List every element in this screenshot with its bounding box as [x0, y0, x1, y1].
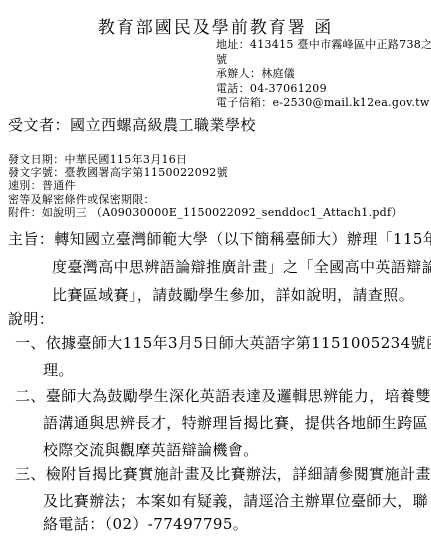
reference-number-line: 發文字號：臺教國署高字第1150022092號 — [8, 166, 403, 179]
sender-phone: 電話：04-37061209 — [216, 82, 431, 97]
item-3-line-2: 及比賽辦法；本案如有疑義，請逕洽主辦單位臺師大，聯 — [43, 490, 428, 511]
item-3-line-3: 絡電話：（02）-77497795。 — [43, 513, 248, 534]
item-2-line-3: 校際交流與觀摩英語辯論機會。 — [43, 439, 259, 460]
item-1-line-1: 一、依據臺師大115年3月5日師大英語字第1151005234號函辦 — [15, 332, 431, 353]
sender-contact-person: 承辦人：林庭儀 — [216, 67, 431, 82]
sender-address-line-1: 地址：413415 臺中市霧峰區中正路738之4 — [216, 38, 431, 53]
sender-email: 電子信箱：e-2530@mail.k12ea.gov.tw — [216, 96, 431, 111]
item-1-line-2: 理。 — [43, 359, 74, 380]
classification-line: 密等及解密條件或保密期限： — [8, 193, 403, 206]
item-3-line-1: 三、檢附旨揭比賽實施計畫及比賽辦法，詳細請參閱實施計畫 — [15, 463, 431, 484]
item-2-line-1: 二、臺師大為鼓勵學生深化英語表達及邏輯思辨能力，培養雙 — [15, 385, 431, 406]
document-title: 教育部國民及學前教育署 函 — [0, 13, 431, 38]
sender-info-block: 地址：413415 臺中市霧峰區中正路738之4 號 承辦人：林庭儀 電話：04… — [216, 38, 431, 111]
subject-line-1: 主旨：轉知國立臺灣師範大學（以下簡稱臺師大）辦理「115年 — [8, 228, 431, 249]
explanation-heading: 說明： — [8, 308, 54, 329]
subject-line-2: 度臺灣高中思辨語論辯推廣計畫」之「全國高中英語辯論 — [52, 256, 431, 277]
item-2-line-2: 語溝通與思辨長才，特辦理旨揭比賽，提供各地師生跨區 — [43, 412, 428, 433]
official-letter-document: 教育部國民及學前教育署 函 地址：413415 臺中市霧峰區中正路738之4 號… — [0, 0, 431, 536]
priority-line: 速別：普通件 — [8, 179, 403, 192]
recipient-line: 受文者：國立西螺高級農工職業學校 — [8, 114, 256, 135]
issue-date-line: 發文日期：中華民國115年3月16日 — [8, 153, 403, 166]
sender-address-line-2: 號 — [216, 53, 431, 68]
subject-line-3: 比賽區域賽」，請鼓勵學生參加，詳如說明，請查照。 — [52, 284, 414, 305]
document-metadata-block: 發文日期：中華民國115年3月16日 發文字號：臺教國署高字第115002209… — [8, 153, 403, 219]
attachment-line: 附件：如說明三 （A09030000E_1150022092_senddoc1_… — [8, 206, 403, 219]
